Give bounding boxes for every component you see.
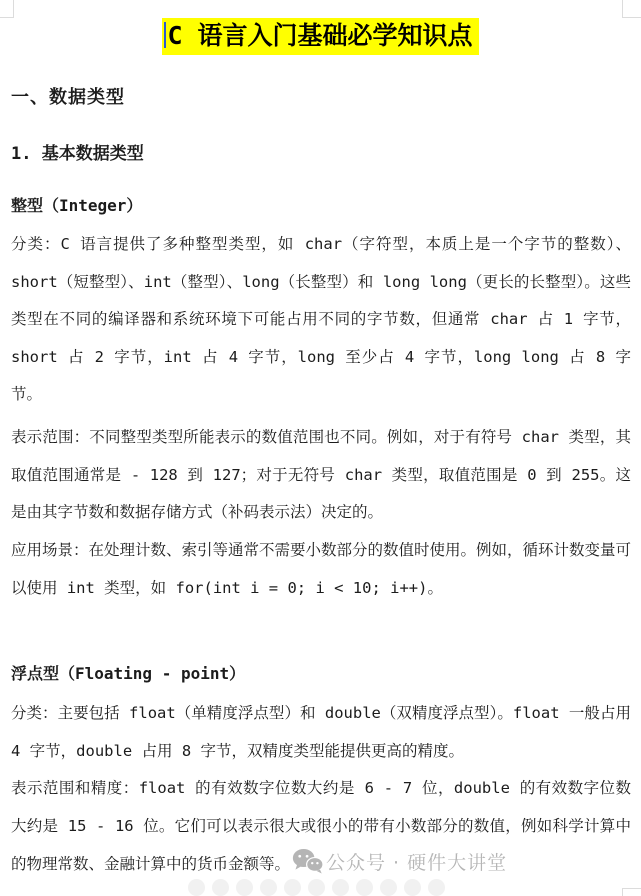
document-title[interactable]: C 语言入门基础必学知识点 bbox=[162, 18, 478, 55]
paragraph-integer-classification[interactable]: 分类：C 语言提供了多种整型类型，如 char（字符型，本质上是一个字节的整数）… bbox=[11, 226, 631, 414]
heading-floating-type[interactable]: 浮点型（Floating - point） bbox=[11, 661, 245, 684]
paragraph-integer-usage[interactable]: 应用场景：在处理计数、索引等通常不需要小数部分的数值时使用。例如，循环计数变量可… bbox=[11, 532, 631, 607]
heading-section-data-types[interactable]: 一、数据类型 bbox=[11, 83, 125, 109]
page-corner-mark-top-left bbox=[0, 0, 14, 18]
heading-integer-type[interactable]: 整型（Integer） bbox=[11, 193, 142, 216]
paragraph-float-range[interactable]: 表示范围和精度：float 的有效数字位数大约是 6 - 7 位，double … bbox=[11, 770, 631, 884]
title-line: C 语言入门基础必学知识点 bbox=[0, 18, 641, 55]
document-title-text: C 语言入门基础必学知识点 bbox=[167, 21, 472, 50]
watermark: 公众号 · 硬件大讲堂 bbox=[290, 852, 507, 874]
page-corner-mark-top-right bbox=[622, 0, 641, 18]
page-corner-mark-bottom-right bbox=[622, 888, 641, 896]
watermark-dots bbox=[188, 879, 445, 896]
paragraph-float-classification[interactable]: 分类：主要包括 float（单精度浮点型）和 double（双精度浮点型）。fl… bbox=[11, 695, 631, 770]
wechat-icon bbox=[292, 848, 323, 874]
heading-basic-data-types[interactable]: 1. 基本数据类型 bbox=[11, 139, 144, 164]
watermark-label: 公众号 · 硬件大讲堂 bbox=[326, 852, 507, 874]
paragraph-integer-range[interactable]: 表示范围：不同整型类型所能表示的数值范围也不同。例如，对于有符号 char 类型… bbox=[11, 419, 631, 532]
document-page: C 语言入门基础必学知识点 一、数据类型 1. 基本数据类型 整型（Intege… bbox=[0, 0, 641, 896]
